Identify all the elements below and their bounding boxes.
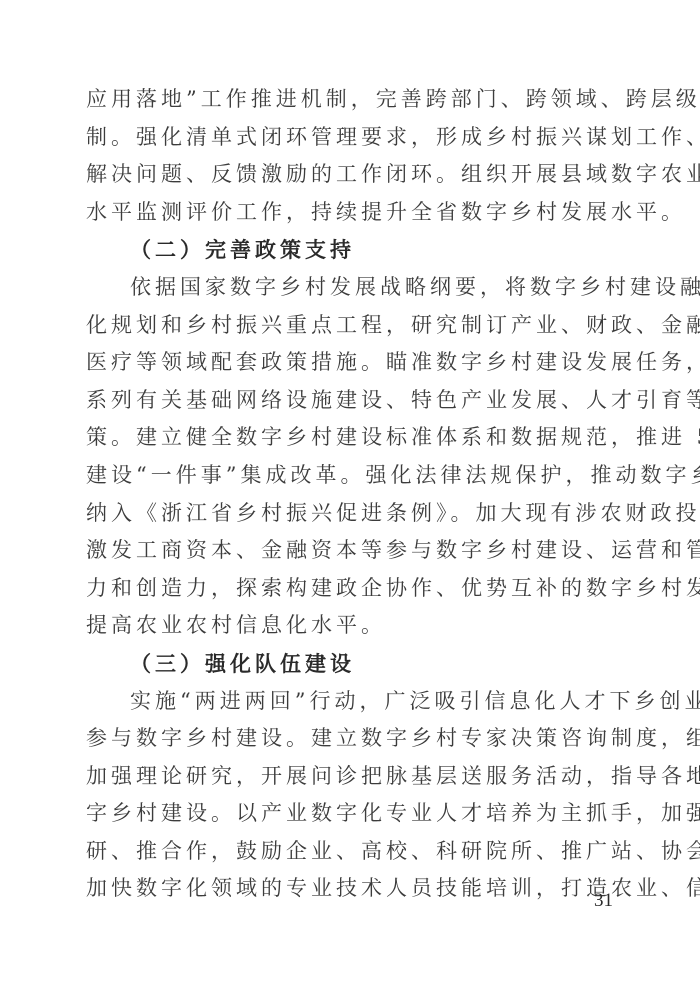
text-line: 加快数字化领域的专业技术人员技能培训，打造农业、信息互融 xyxy=(86,870,614,908)
section-policy-support: （二）完善政策支持 依据国家数字乡村发展战略纲要，将数字乡村建设融入信息 化规划… xyxy=(86,231,614,645)
text-line: 系列有关基础网络设施建设、特色产业发展、人才引育等激励政 xyxy=(86,382,614,420)
text-line: 化规划和乡村振兴重点工程，研究制订产业、财政、金融、教育、 xyxy=(86,307,614,345)
text-line: 力和创造力，探索构建政企协作、优势互补的数字乡村发展模式， xyxy=(86,570,614,608)
text-line: 实施“两进两回”行动，广泛吸引信息化人才下乡创业创新， xyxy=(86,683,614,721)
text-line: 建设“一件事”集成改革。强化法律法规保护，推动数字乡村建设 xyxy=(86,457,614,495)
text-line: 加强理论研究，开展问诊把脉基层送服务活动，指导各地推进数 xyxy=(86,758,614,796)
text-line: 纳入《浙江省乡村振兴促进条例》。加大现有涉农财政投入力度， xyxy=(86,495,614,533)
document-page: 应用落地”工作推进机制，完善跨部门、跨领域、跨层级高效协同机 制。强化清单式闭环… xyxy=(0,0,700,990)
text-line: 策。建立健全数字乡村建设标准体系和数据规范，推进 5G 基站 xyxy=(86,419,614,457)
text-line: 制。强化清单式闭环管理要求，形成乡村振兴谋划工作、实施举措、 xyxy=(86,119,614,157)
section-team-building: （三）强化队伍建设 实施“两进两回”行动，广泛吸引信息化人才下乡创业创新， 参与… xyxy=(86,645,614,908)
text-line: 医疗等领域配套政策措施。瞄准数字乡村建设发展任务，出台一 xyxy=(86,344,614,382)
text-line: 解决问题、反馈激励的工作闭环。组织开展县域数字农业农村发展 xyxy=(86,156,614,194)
text-line: 参与数字乡村建设。建立数字乡村专家决策咨询制度，组织智库 xyxy=(86,720,614,758)
text-line: 研、推合作，鼓励企业、高校、科研院所、推广站、协会、学会等 xyxy=(86,833,614,871)
section-heading: （二）完善政策支持 xyxy=(86,231,614,269)
text-line: 应用落地”工作推进机制，完善跨部门、跨领域、跨层级高效协同机 xyxy=(86,81,614,119)
text-line: 提高农业农村信息化水平。 xyxy=(86,607,614,645)
paragraph-continued: 应用落地”工作推进机制，完善跨部门、跨领域、跨层级高效协同机 制。强化清单式闭环… xyxy=(86,81,614,231)
text-line: 激发工商资本、金融资本等参与数字乡村建设、运营和管理的活 xyxy=(86,532,614,570)
text-line: 字乡村建设。以产业数字化专业人才培养为主抓手，加强产、学、 xyxy=(86,795,614,833)
text-line: 水平监测评价工作，持续提升全省数字乡村发展水平。 xyxy=(86,194,614,232)
section-heading: （三）强化队伍建设 xyxy=(86,645,614,683)
page-content: 应用落地”工作推进机制，完善跨部门、跨领域、跨层级高效协同机 制。强化清单式闭环… xyxy=(86,81,614,908)
page-number: 31 xyxy=(594,890,613,912)
text-line: 依据国家数字乡村发展战略纲要，将数字乡村建设融入信息 xyxy=(86,269,614,307)
